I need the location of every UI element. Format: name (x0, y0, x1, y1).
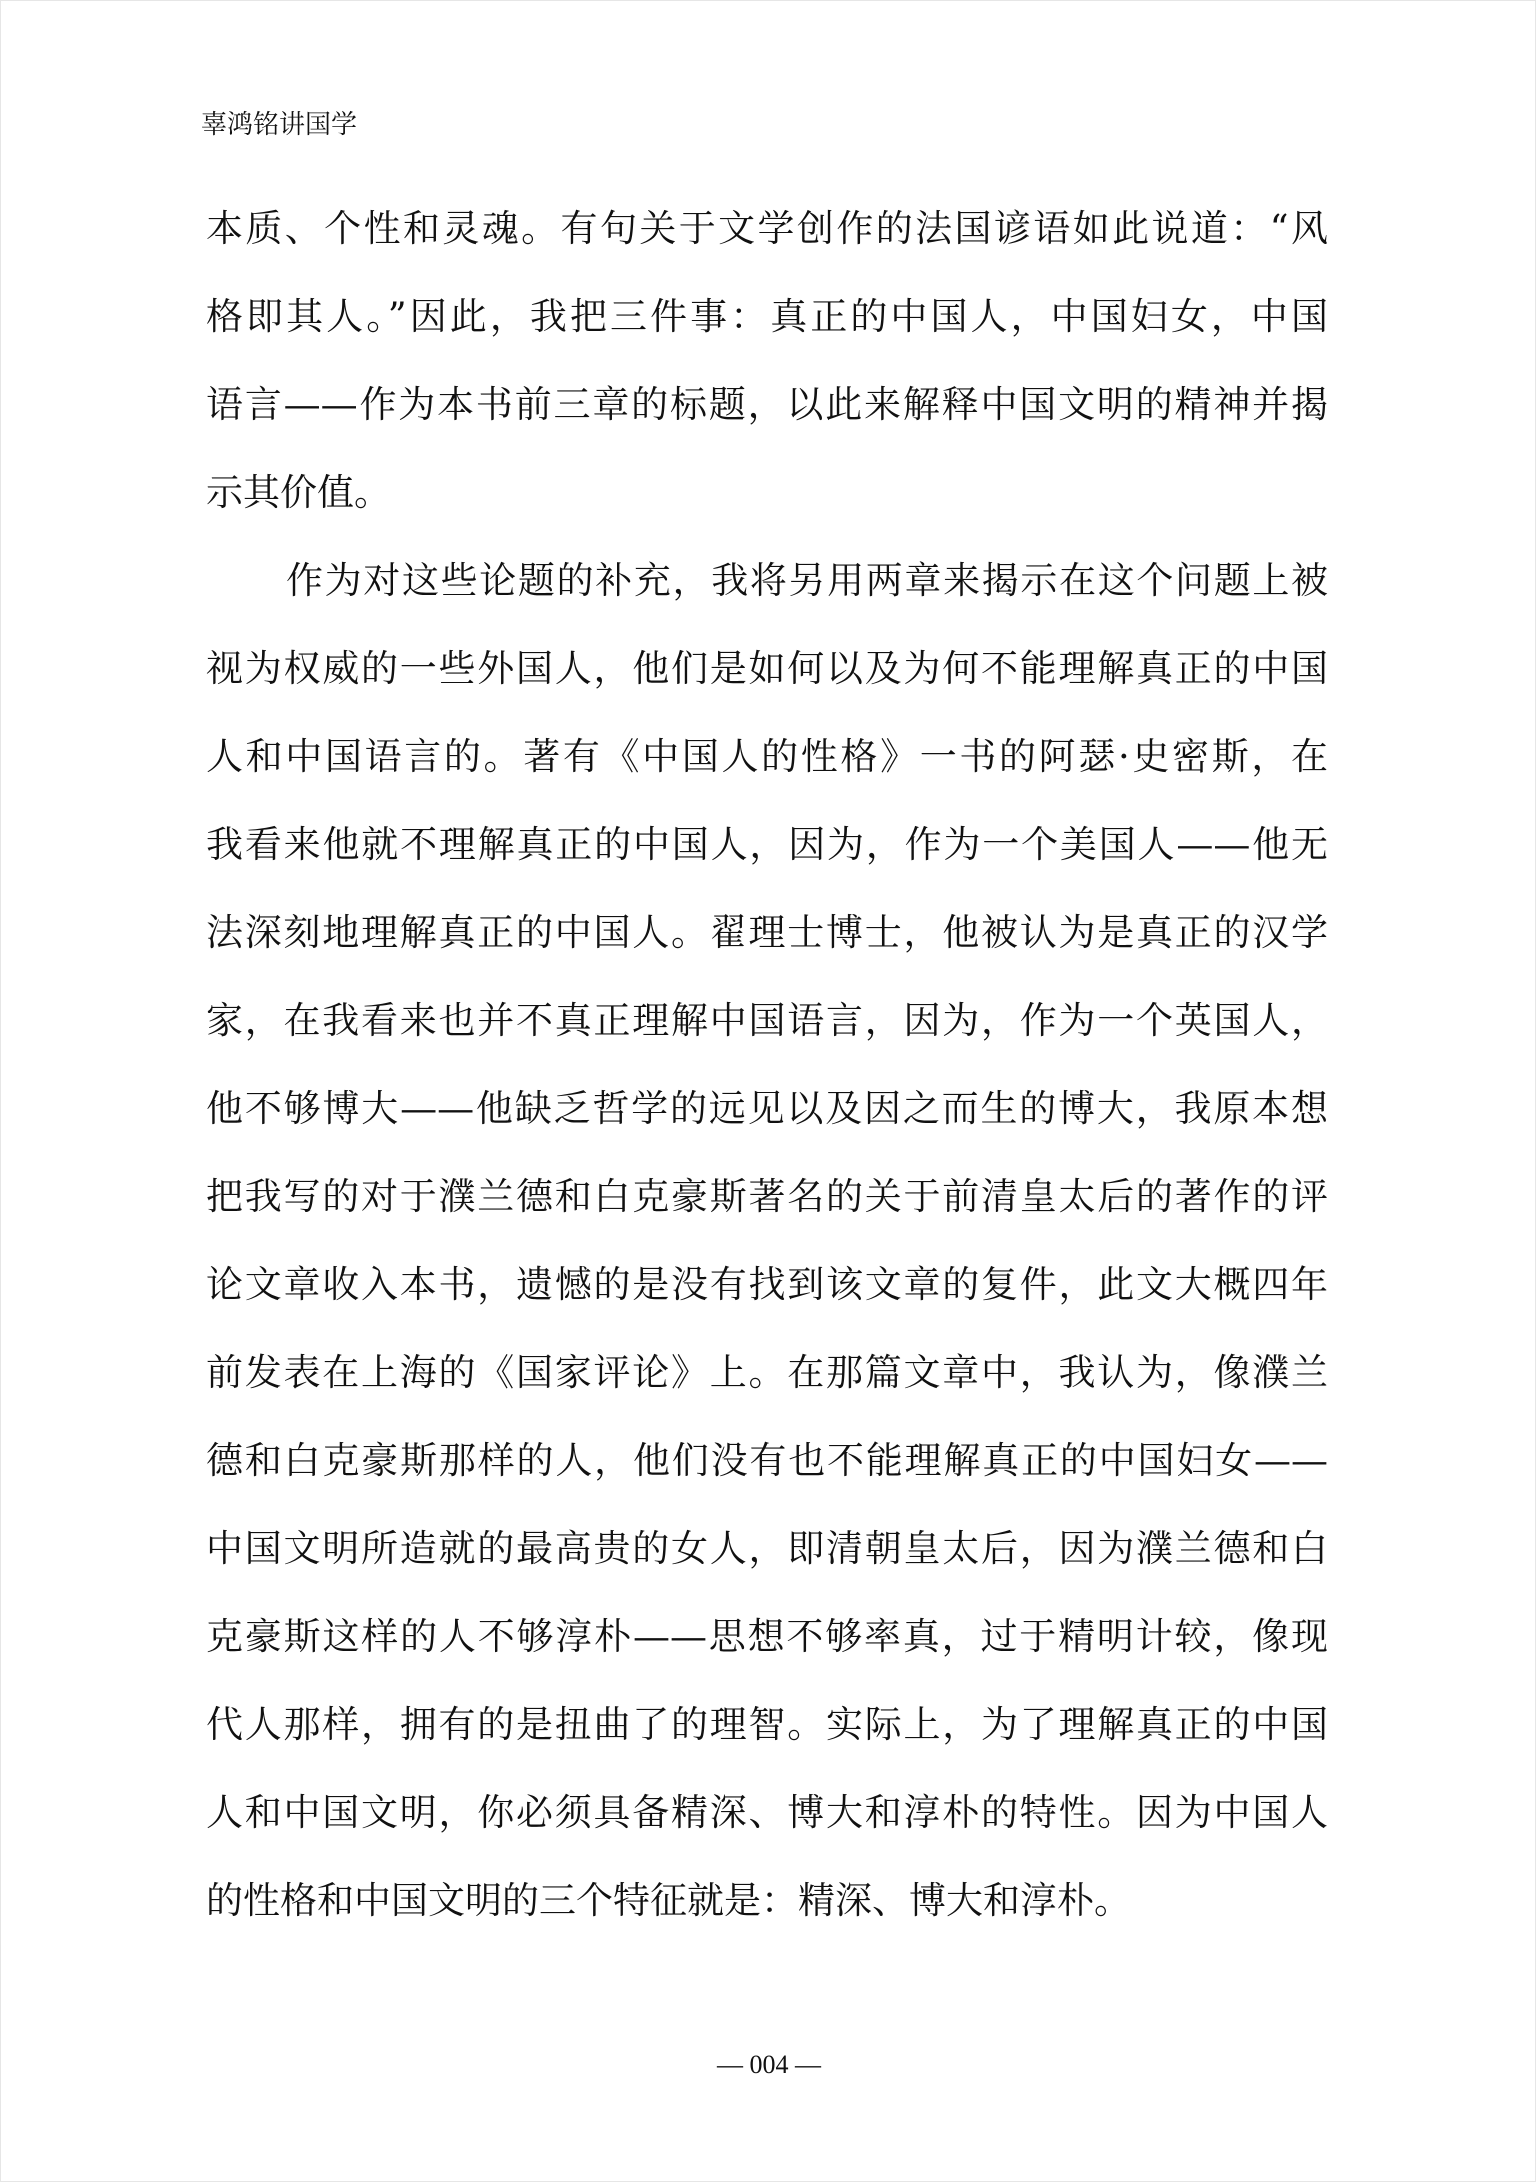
text-line: 前发表在上海的《国家评论》上。在那篇文章中，我认为，像濮兰 (206, 1345, 1328, 1433)
book-page: 辜鸿铭讲国学 本质、个性和灵魂。有句关于文学创作的法国谚语如此说道：“风 格即其… (0, 0, 1536, 2182)
text-line: 论文章收入本书，遗憾的是没有找到该文章的复件，此文大概四年 (206, 1257, 1328, 1345)
text-line: 代人那样，拥有的是扭曲了的理智。实际上，为了理解真正的中国 (206, 1697, 1328, 1785)
text-line: 德和白克豪斯那样的人，他们没有也不能理解真正的中国妇女—— (206, 1433, 1328, 1521)
text-line: 把我写的对于濮兰德和白克豪斯著名的关于前清皇太后的著作的评 (206, 1169, 1328, 1257)
text-line: 人和中国语言的。著有《中国人的性格》一书的阿瑟·史密斯，在 (206, 729, 1328, 817)
text-line: 视为权威的一些外国人，他们是如何以及为何不能理解真正的中国 (206, 641, 1328, 729)
text-line: 克豪斯这样的人不够淳朴——思想不够率真，过于精明计较，像现 (206, 1609, 1328, 1697)
page-number: — 004 — (1, 2047, 1536, 2083)
running-header-title: 辜鸿铭讲国学 (201, 107, 357, 143)
text-line: 法深刻地理解真正的中国人。翟理士博士，他被认为是真正的汉学 (206, 905, 1328, 993)
text-line: 人和中国文明，你必须具备精深、博大和淳朴的特性。因为中国人 (206, 1785, 1328, 1873)
text-line: 示其价值。 (206, 465, 1328, 553)
text-line: 作为对这些论题的补充，我将另用两章来揭示在这个问题上被 (206, 553, 1328, 641)
text-line: 家，在我看来也并不真正理解中国语言，因为，作为一个英国人， (206, 993, 1328, 1081)
paragraph-2: 作为对这些论题的补充，我将另用两章来揭示在这个问题上被 视为权威的一些外国人，他… (206, 553, 1328, 1961)
text-line: 语言——作为本书前三章的标题，以此来解释中国文明的精神并揭 (206, 377, 1328, 465)
paragraph-1: 本质、个性和灵魂。有句关于文学创作的法国谚语如此说道：“风 格即其人。”因此，我… (206, 201, 1328, 553)
text-line: 本质、个性和灵魂。有句关于文学创作的法国谚语如此说道：“风 (206, 201, 1328, 289)
text-line: 他不够博大——他缺乏哲学的远见以及因之而生的博大，我原本想 (206, 1081, 1328, 1169)
text-line: 的性格和中国文明的三个特征就是：精深、博大和淳朴。 (206, 1873, 1328, 1961)
text-line: 中国文明所造就的最高贵的女人，即清朝皇太后，因为濮兰德和白 (206, 1521, 1328, 1609)
body-text: 本质、个性和灵魂。有句关于文学创作的法国谚语如此说道：“风 格即其人。”因此，我… (206, 201, 1328, 1961)
text-line: 我看来他就不理解真正的中国人，因为，作为一个美国人——他无 (206, 817, 1328, 905)
text-line: 格即其人。”因此，我把三件事：真正的中国人，中国妇女，中国 (206, 289, 1328, 377)
